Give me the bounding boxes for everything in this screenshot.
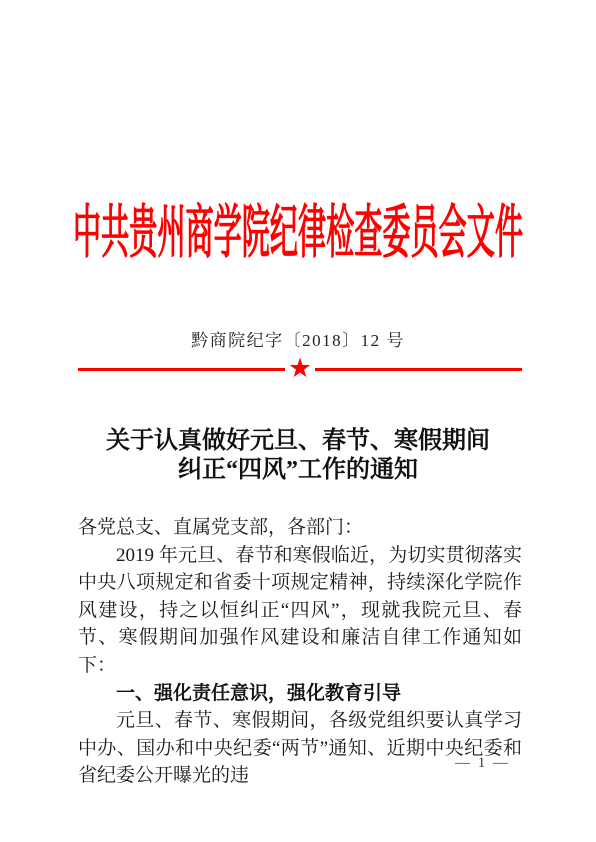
document-body: 各党总支、直属党支部，各部门： 2019 年元旦、春节和寒假临近，为切实贯彻落实… [78,514,522,790]
star-icon: ★ [285,356,315,382]
red-header-title-text: 中共贵州商学院纪律检查委员会文件 [73,201,523,263]
document-number: 黔商院纪字〔2018〕12 号 [0,330,596,352]
document-title: 关于认真做好元旦、春节、寒假期间 纠正“四风”工作的通知 [0,427,596,485]
salutation: 各党总支、直属党支部，各部门： [78,514,522,542]
document-title-line-2: 纠正“四风”工作的通知 [0,456,596,485]
divider-line-right [315,368,522,371]
paragraph-1: 2019 年元旦、春节和寒假临近，为切实贯彻落实中央八项规定和省委十项规定精神，… [78,542,522,680]
divider-line-left [78,368,285,371]
red-header-title: 中共贵州商学院纪律检查委员会文件 [0,201,596,263]
red-divider: ★ [78,356,522,382]
paragraph-2: 元旦、春节、寒假期间，各级党组织要认真学习中办、国办和中央纪委“两节”通知、近期… [78,707,522,790]
document-page: 中共贵州商学院纪律检查委员会文件 黔商院纪字〔2018〕12 号 ★ 关于认真做… [0,0,596,842]
section-heading-1: 一、强化责任意识，强化教育引导 [78,680,522,708]
document-title-line-1: 关于认真做好元旦、春节、寒假期间 [0,427,596,456]
page-number: — 1 — [455,753,510,773]
